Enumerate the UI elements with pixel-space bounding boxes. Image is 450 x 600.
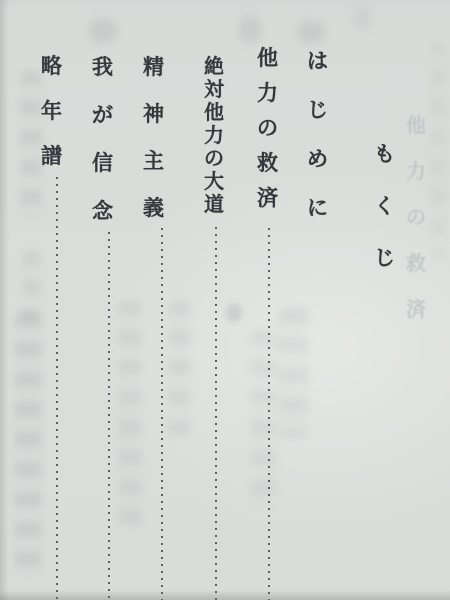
book-toc-page: 他力の救済 もくじ はじめに 他力の救済 絶対他力の大道 精神主義 我が信念 略… xyxy=(0,0,450,600)
bleedthrough-smudge xyxy=(226,304,242,322)
bleedthrough-column xyxy=(22,250,40,320)
bleedthrough-book-title: 他力の救済 xyxy=(406,116,426,346)
toc-entry-seishin-shugi: 精神主義 xyxy=(143,57,164,245)
bleedthrough-column xyxy=(430,40,446,260)
bleedthrough-column xyxy=(118,300,142,530)
toc-leader-waga-shinnen xyxy=(108,232,110,600)
toc-entry-hajimeni: はじめに xyxy=(307,51,328,247)
bleedthrough-column xyxy=(168,300,190,440)
toc-title: もくじ xyxy=(374,144,395,300)
toc-leader-tariki-no-kyusai xyxy=(268,228,270,600)
bleedthrough-smudge xyxy=(88,18,118,44)
toc-entry-ryaku-nenpu: 略年譜 xyxy=(41,56,62,191)
bleedthrough-column xyxy=(20,70,42,220)
toc-leader-zettai-tariki-no-daido xyxy=(215,227,217,600)
toc-entry-tariki-no-kyusai: 他力の救済 xyxy=(257,48,278,223)
bleedthrough-column xyxy=(278,308,308,438)
bleedthrough-smudge xyxy=(238,14,262,44)
toc-entry-zettai-tariki-no-daido: 絶対他力の大道 xyxy=(204,57,224,218)
bleedthrough-column xyxy=(14,312,42,578)
bleedthrough-smudge xyxy=(296,20,326,44)
bleedthrough-smudge xyxy=(352,8,372,30)
toc-leader-ryaku-nenpu xyxy=(56,177,58,600)
bleedthrough-column xyxy=(250,330,276,510)
toc-entry-waga-shinnen: 我が信念 xyxy=(92,57,113,249)
toc-leader-seishin-shugi xyxy=(161,228,163,600)
